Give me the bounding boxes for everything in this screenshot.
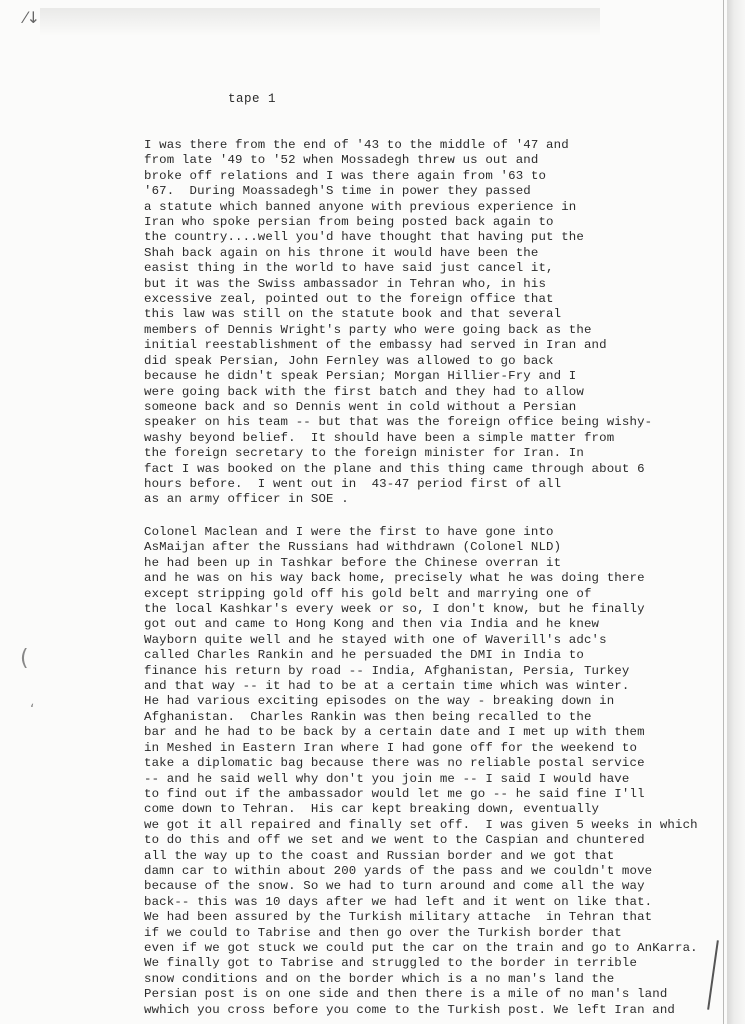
text-line: I was there from the end of '43 to the m… xyxy=(144,138,652,153)
text-line: from late '49 to '52 when Mossadegh thre… xyxy=(144,153,652,168)
paragraph-2: Colonel Maclean and I were the first to … xyxy=(144,525,698,1018)
text-line: come down to Tehran. His car kept breaki… xyxy=(144,802,698,817)
text-line: if we could to Tabrise and then go over … xyxy=(144,926,698,941)
text-line: called Charles Rankin and he persuaded t… xyxy=(144,648,698,663)
text-line: back-- this was 10 days after we had lef… xyxy=(144,895,698,910)
text-line: Persian post is on one side and then the… xyxy=(144,987,698,1002)
page-heading: tape 1 xyxy=(228,92,276,106)
text-line: -- and he said well why don't you join m… xyxy=(144,772,698,787)
text-line: the local Kashkar's every week or so, I … xyxy=(144,602,698,617)
text-line: to do this and off we set and we went to… xyxy=(144,833,698,848)
text-line: in Meshed in Eastern Iran where I had go… xyxy=(144,741,698,756)
text-line: '67. During Moassadegh'S time in power t… xyxy=(144,184,652,199)
text-line: Wayborn quite well and he stayed with on… xyxy=(144,633,698,648)
text-line: someone back and so Dennis went in cold … xyxy=(144,400,652,415)
text-line: members of Dennis Wright's party who wer… xyxy=(144,323,652,338)
text-line: a statute which banned anyone with previ… xyxy=(144,200,652,215)
text-line: were going back with the first batch and… xyxy=(144,385,652,400)
text-line: except stripping gold off his gold belt … xyxy=(144,587,698,602)
text-line: finance his return by road -- India, Afg… xyxy=(144,664,698,679)
text-line: the country....well you'd have thought t… xyxy=(144,230,652,245)
text-line: AsMaijan after the Russians had withdraw… xyxy=(144,540,698,555)
text-line: the foreign secretary to the foreign min… xyxy=(144,446,652,461)
margin-bracket-mark: ( xyxy=(20,646,29,671)
text-line: Iran who spoke persian from being posted… xyxy=(144,215,652,230)
text-line: Colonel Maclean and I were the first to … xyxy=(144,525,698,540)
text-line: take a diplomatic bag because there was … xyxy=(144,756,698,771)
text-line: he had been up in Tashkar before the Chi… xyxy=(144,556,698,571)
text-line: did speak Persian, John Fernley was allo… xyxy=(144,354,652,369)
text-line: but it was the Swiss ambassador in Tehra… xyxy=(144,277,652,292)
page-edge-line xyxy=(723,0,724,1024)
margin-tick-mark: ʻ xyxy=(30,702,34,718)
text-line: We finally got to Tabrise and struggled … xyxy=(144,956,698,971)
text-line: broke off relations and I was there agai… xyxy=(144,169,652,184)
text-line: wwhich you cross before you come to the … xyxy=(144,1003,698,1018)
page-edge-shadow xyxy=(727,0,745,1024)
text-line: to find out if the ambassador would let … xyxy=(144,787,698,802)
text-line: and that way -- it had to be at a certai… xyxy=(144,679,698,694)
text-line: because he didn't speak Persian; Morgan … xyxy=(144,369,652,384)
text-line: snow conditions and on the border which … xyxy=(144,972,698,987)
text-line: damn car to within about 200 yards of th… xyxy=(144,864,698,879)
text-line: got out and came to Hong Kong and then v… xyxy=(144,617,698,632)
document-page: ⁄↓ tape 1 I was there from the end of '4… xyxy=(0,0,727,1024)
text-line: He had various exciting episodes on the … xyxy=(144,694,698,709)
text-line: even if we got stuck we could put the ca… xyxy=(144,941,698,956)
text-line: We had been assured by the Turkish milit… xyxy=(144,910,698,925)
text-line: because of the snow. So we had to turn a… xyxy=(144,879,698,894)
text-line: easist thing in the world to have said j… xyxy=(144,261,652,276)
text-line: initial reestablishment of the embassy h… xyxy=(144,338,652,353)
text-line: this law was still on the statute book a… xyxy=(144,307,652,322)
text-line: hours before. I went out in 43-47 period… xyxy=(144,477,652,492)
text-line: fact I was booked on the plane and this … xyxy=(144,462,652,477)
text-line: bar and he had to be back by a certain d… xyxy=(144,725,698,740)
text-line: washy beyond belief. It should have been… xyxy=(144,431,652,446)
text-line: Shah back again on his throne it would h… xyxy=(144,246,652,261)
scan-smudge xyxy=(40,8,600,36)
text-line: all the way up to the coast and Russian … xyxy=(144,849,698,864)
text-line: excessive zeal, pointed out to the forei… xyxy=(144,292,652,307)
corner-pen-mark: ⁄↓ xyxy=(24,8,54,34)
text-line: speaker on his team -- but that was the … xyxy=(144,415,652,430)
text-line: and he was on his way back home, precise… xyxy=(144,571,698,586)
text-line: Afghanistan. Charles Rankin was then bei… xyxy=(144,710,698,725)
text-line: we got it all repaired and finally set o… xyxy=(144,818,698,833)
paragraph-1: I was there from the end of '43 to the m… xyxy=(144,138,652,508)
text-line: as an army officer in SOE . xyxy=(144,492,652,507)
